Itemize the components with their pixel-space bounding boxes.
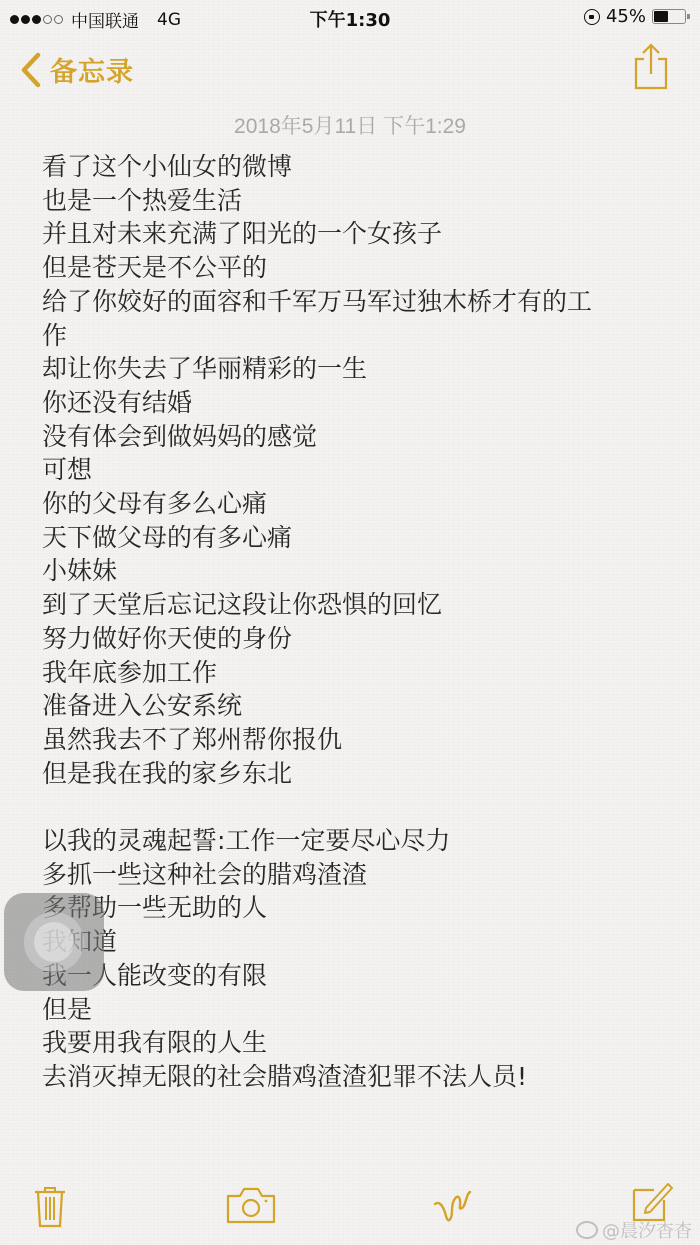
note-line: 以我的灵魂起誓:工作一定要尽心尽力 bbox=[42, 824, 662, 858]
note-line: 但是 bbox=[42, 993, 662, 1027]
compose-button[interactable] bbox=[632, 1178, 674, 1222]
battery-icon bbox=[652, 9, 686, 24]
note-line: 你的父母有多么心痛 bbox=[42, 487, 662, 521]
note-line: 多帮助一些无助的人 bbox=[42, 891, 662, 925]
trash-icon bbox=[33, 1184, 67, 1228]
note-line: 给了你姣好的面容和千军万马军过独木桥才有的工 bbox=[42, 285, 662, 319]
battery-percent: 45% bbox=[606, 6, 646, 27]
note-line: 我知道 bbox=[42, 925, 662, 959]
share-button[interactable] bbox=[634, 42, 668, 94]
note-body[interactable]: 看了这个小仙女的微博也是一个热爱生活并且对未来充满了阳光的一个女孩子但是苍天是不… bbox=[42, 150, 662, 1094]
camera-button[interactable] bbox=[226, 1186, 276, 1224]
note-line: 但是苍天是不公平的 bbox=[42, 251, 662, 285]
sketch-button[interactable] bbox=[432, 1186, 474, 1226]
assistive-touch-button[interactable] bbox=[4, 893, 104, 991]
back-button[interactable]: 备忘录 bbox=[20, 50, 134, 89]
note-line: 我年底参加工作 bbox=[42, 656, 662, 690]
share-icon bbox=[634, 75, 668, 94]
delete-button[interactable] bbox=[33, 1184, 67, 1228]
note-line: 却让你失去了华丽精彩的一生 bbox=[42, 352, 662, 386]
note-line: 我一人能改变的有限 bbox=[42, 959, 662, 993]
note-line: 但是我在我的家乡东北 bbox=[42, 757, 662, 791]
status-right: 45% bbox=[584, 6, 686, 27]
status-bar: 中国联通 4G 下午1:30 45% bbox=[0, 0, 700, 36]
note-line: 看了这个小仙女的微博 bbox=[42, 150, 662, 184]
note-line: 也是一个热爱生活 bbox=[42, 184, 662, 218]
note-line: 小妹妹 bbox=[42, 554, 662, 588]
sketch-icon bbox=[432, 1186, 474, 1226]
note-date: 2018年5月11日 下午1:29 bbox=[0, 110, 700, 140]
navigation-bar: 备忘录 bbox=[0, 36, 700, 106]
note-line: 去消灭掉无限的社会腊鸡渣渣犯罪不法人员! bbox=[42, 1060, 662, 1094]
note-line: 可想 bbox=[42, 453, 662, 487]
note-line: 多抓一些这种社会的腊鸡渣渣 bbox=[42, 858, 662, 892]
watermark: @晨汐杳杳 bbox=[576, 1217, 692, 1243]
note-line: 努力做好你天使的身份 bbox=[42, 622, 662, 656]
note-line bbox=[42, 790, 662, 824]
note-line: 没有体会到做妈妈的感觉 bbox=[42, 420, 662, 454]
weibo-logo-icon bbox=[576, 1221, 598, 1239]
note-line: 天下做父母的有多心痛 bbox=[42, 521, 662, 555]
note-line: 你还没有结婚 bbox=[42, 386, 662, 420]
note-line: 并且对未来充满了阳光的一个女孩子 bbox=[42, 217, 662, 251]
compose-icon bbox=[632, 1178, 674, 1222]
back-label: 备忘录 bbox=[50, 50, 134, 89]
camera-icon bbox=[226, 1186, 276, 1224]
watermark-text: @晨汐杳杳 bbox=[602, 1217, 692, 1243]
chevron-left-icon bbox=[20, 52, 42, 88]
note-line: 作 bbox=[42, 319, 662, 353]
note-line: 准备进入公安系统 bbox=[42, 689, 662, 723]
battery-fill bbox=[654, 11, 668, 22]
note-line: 虽然我去不了郑州帮你报仇 bbox=[42, 723, 662, 757]
rotation-lock-icon bbox=[584, 9, 600, 25]
note-line: 我要用我有限的人生 bbox=[42, 1026, 662, 1060]
note-line: 到了天堂后忘记这段让你恐惧的回忆 bbox=[42, 588, 662, 622]
